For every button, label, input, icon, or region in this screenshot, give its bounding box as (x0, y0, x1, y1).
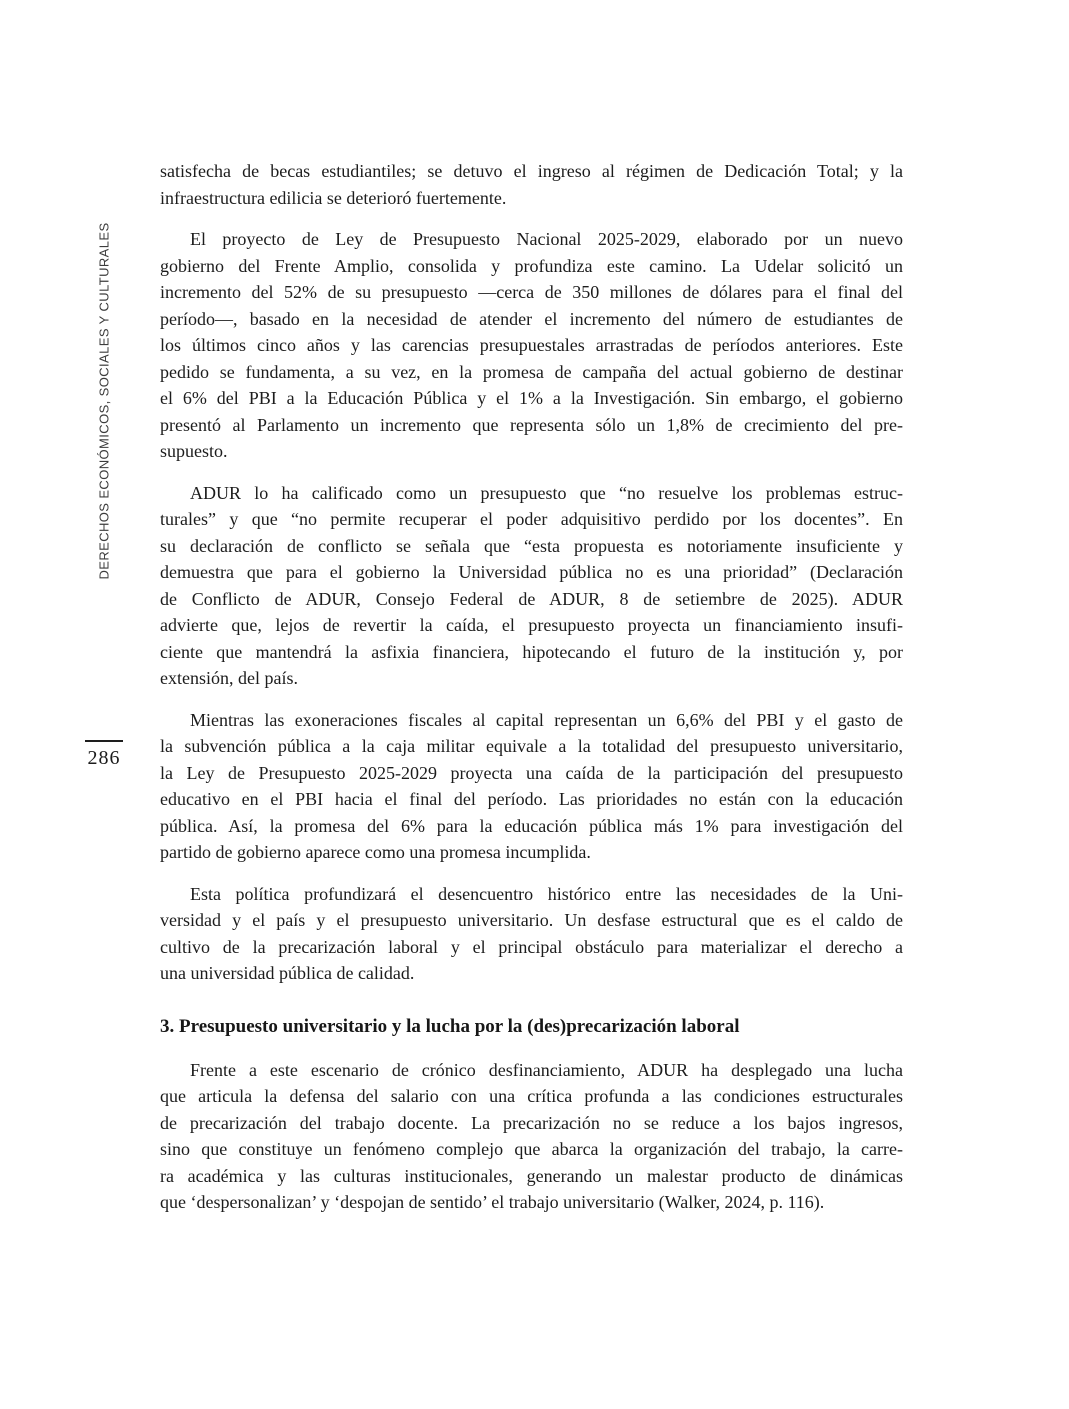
page-number-rule (85, 740, 123, 742)
text-line: ra académica y las culturas instituciona… (160, 1163, 903, 1190)
text-line: incremento del 52% de su presupuesto —ce… (160, 279, 903, 306)
text-line: de Conflicto de ADUR, Consejo Federal de… (160, 586, 903, 613)
text-line: turales” y que “no permite recuperar el … (160, 506, 903, 533)
text-line: partido de gobierno aparece como una pro… (160, 839, 903, 866)
text-line: El proyecto de Ley de Presupuesto Nacion… (160, 226, 903, 253)
text-line: advierte que, lejos de revertir la caída… (160, 612, 903, 639)
text-line: demuestra que para el gobierno la Univer… (160, 559, 903, 586)
text-line: los últimos cinco años y las carencias p… (160, 332, 903, 359)
page-number: 286 (83, 747, 125, 770)
text-line: ciente que mantendrá la asfixia financie… (160, 639, 903, 666)
sidebar-vertical-running-head: DERECHOS ECONÓMICOS, SOCIALES Y CULTURAL… (97, 222, 112, 579)
paragraph: Frente a este escenario de crónico desfi… (160, 1057, 903, 1216)
text-line: la subvención pública a la caja militar … (160, 733, 903, 760)
text-line: ADUR lo ha calificado como un presupuest… (160, 480, 903, 507)
text-line: sino que constituye un fenómeno complejo… (160, 1136, 903, 1163)
text-line: infraestructura edilicia se deterioró fu… (160, 185, 903, 212)
text-line: Mientras las exoneraciones fiscales al c… (160, 707, 903, 734)
text-line: de precarización del trabajo docente. La… (160, 1110, 903, 1137)
text-line: Frente a este escenario de crónico desfi… (160, 1057, 903, 1084)
paragraph: satisfecha de becas estudiantiles; se de… (160, 158, 903, 211)
text-line: que articula la defensa del salario con … (160, 1083, 903, 1110)
text-line: Esta política profundizará el desencuent… (160, 881, 903, 908)
book-page: DERECHOS ECONÓMICOS, SOCIALES Y CULTURAL… (0, 0, 1069, 1409)
text-line: pública. Así, la promesa del 6% para la … (160, 813, 903, 840)
paragraph: Esta política profundizará el desencuent… (160, 881, 903, 987)
paragraph: El proyecto de Ley de Presupuesto Nacion… (160, 226, 903, 465)
text-line: la Ley de Presupuesto 2025-2029 proyecta… (160, 760, 903, 787)
paragraph: Mientras las exoneraciones fiscales al c… (160, 707, 903, 866)
text-column: satisfecha de becas estudiantiles; se de… (160, 158, 903, 1231)
paragraph: ADUR lo ha calificado como un presupuest… (160, 480, 903, 692)
text-line: período—, basado en la necesidad de aten… (160, 306, 903, 333)
text-line: su declaración de conflicto se señala qu… (160, 533, 903, 560)
text-line: gobierno del Frente Amplio, consolida y … (160, 253, 903, 280)
page-number-block: 286 (83, 740, 125, 770)
section-heading: 3. Presupuesto universitario y la lucha … (160, 1013, 903, 1040)
text-line: que ‘despersonalizan’ y ‘despojan de sen… (160, 1189, 903, 1216)
text-line: supuesto. (160, 438, 903, 465)
text-line: cultivo de la precarización laboral y el… (160, 934, 903, 961)
text-line: pedido se fundamenta, a su vez, en la pr… (160, 359, 903, 386)
text-line: satisfecha de becas estudiantiles; se de… (160, 158, 903, 185)
text-line: presentó al Parlamento un incremento que… (160, 412, 903, 439)
text-line: el 6% del PBI a la Educación Pública y e… (160, 385, 903, 412)
text-line: extensión, del país. (160, 665, 903, 692)
text-line: versidad y el país y el presupuesto univ… (160, 907, 903, 934)
text-line: educativo en el PBI hacia el final del p… (160, 786, 903, 813)
text-line: una universidad pública de calidad. (160, 960, 903, 987)
